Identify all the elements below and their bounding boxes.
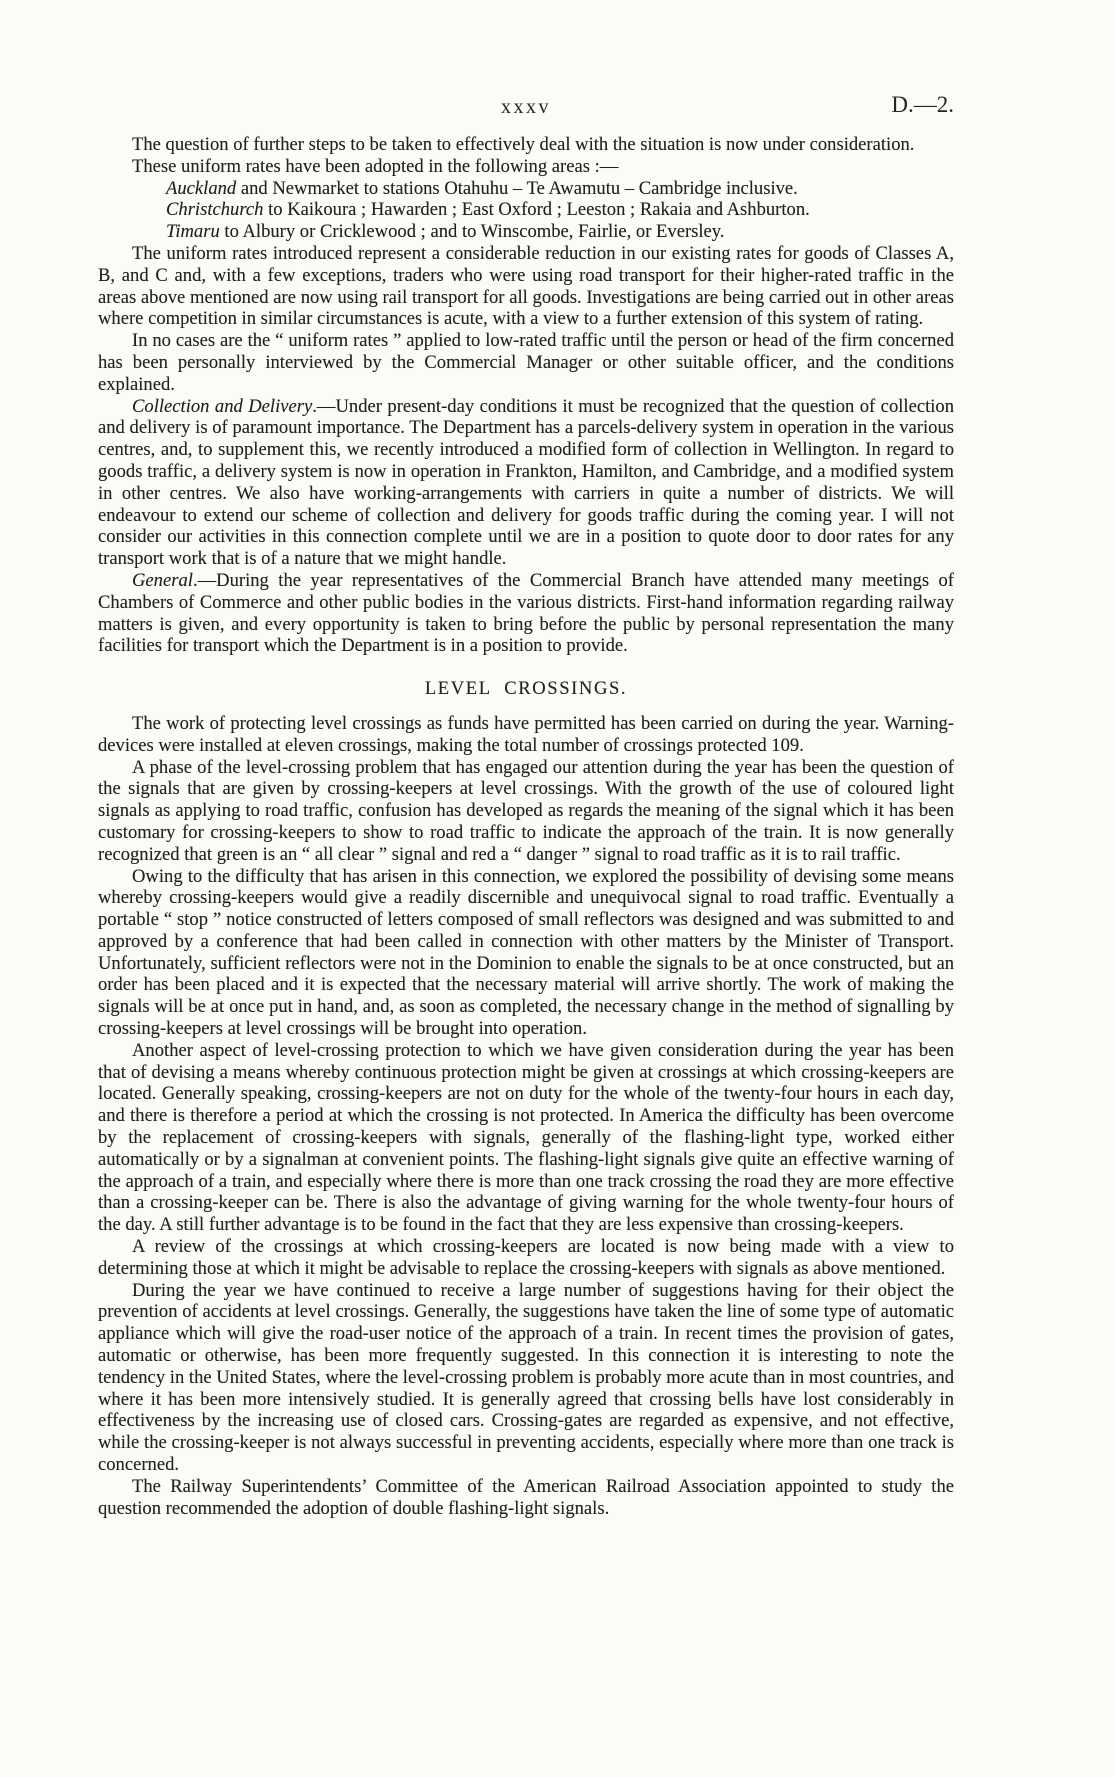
paragraph: During the year we have continued to rec… [98, 1280, 954, 1476]
area-list-item: Christchurch to Kaikoura ; Hawarden ; Ea… [98, 199, 954, 221]
area-list-item: Timaru to Albury or Cricklewood ; and to… [98, 221, 954, 243]
document-page: xxxv D.—2. The question of further steps… [0, 0, 1114, 1777]
paragraph: The question of further steps to be take… [98, 134, 954, 156]
paragraph: The uniform rates introduced represent a… [98, 243, 954, 330]
paragraph: Another aspect of level-crossing protect… [98, 1040, 954, 1236]
paragraph: A phase of the level-crossing problem th… [98, 757, 954, 866]
paragraph: The Railway Superintendents’ Committee o… [98, 1476, 954, 1520]
italic-lead: Christchurch [166, 199, 263, 220]
paragraph: These uniform rates have been adopted in… [98, 156, 954, 178]
paragraph: The work of protecting level crossings a… [98, 713, 954, 757]
paragraph: In no cases are the “ uniform rates ” ap… [98, 330, 954, 395]
document-reference: D.—2. [891, 92, 954, 118]
area-list-item: Auckland and Newmarket to stations Otahu… [98, 178, 954, 200]
document-body: The question of further steps to be take… [98, 134, 954, 1519]
italic-lead: Timaru [166, 221, 220, 242]
italic-lead: Auckland [166, 178, 236, 199]
paragraph: Collection and Delivery.—Under present-d… [98, 396, 954, 570]
italic-lead: Collection and Delivery [132, 396, 312, 417]
paragraph: A review of the crossings at which cross… [98, 1236, 954, 1280]
paragraph: General.—During the year representatives… [98, 570, 954, 657]
page-number: xxxv [98, 96, 954, 119]
italic-lead: General [132, 570, 193, 591]
page-header: xxxv D.—2. [98, 92, 954, 122]
section-heading: LEVEL CROSSINGS. [98, 678, 954, 700]
paragraph: Owing to the difficulty that has arisen … [98, 866, 954, 1040]
